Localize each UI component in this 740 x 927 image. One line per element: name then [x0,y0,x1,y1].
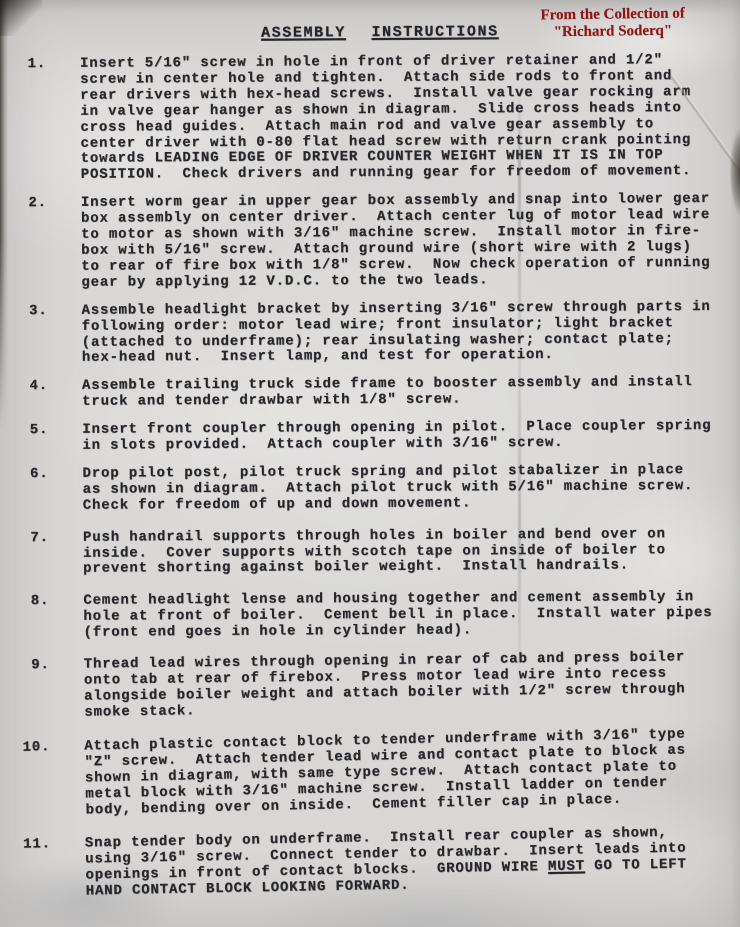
title-word-instructions: INSTRUCTIONS [371,23,498,41]
instruction-list: 1. Insert 5/16" screw in hole in front o… [0,53,740,913]
item-number: 11. [5,837,51,854]
instruction-item-7: 7. Push handrail supports through holes … [3,526,740,578]
photo-dark-right-smudge [730,130,740,214]
instruction-item-10: 10. Attach plastic contact block to tend… [4,726,740,820]
instruction-item-2: 2. Insert worm gear in upper gear box as… [1,192,740,292]
instruction-item-11: 11. Snap tender body on underframe. Inst… [5,825,740,902]
instruction-item-6: 6. Drop pilot post, pilot truck spring a… [2,463,740,515]
photo-dark-left-edge [0,0,10,430]
item-number: 8. [3,594,49,610]
item-text: Attach plastic contact block to tender u… [84,727,687,819]
item-text: Insert front coupler through opening in … [82,419,711,455]
instruction-item-1: 1. Insert 5/16" screw in hole in front o… [0,53,740,185]
item-text: Thread lead wires through opening in rea… [84,650,686,721]
instruction-item-3: 3. Assemble headlight bracket by inserti… [1,299,740,367]
item-text: Cement headlight lense and housing toget… [83,590,712,642]
instruction-item-9: 9. Thread lead wires through opening in … [4,650,740,723]
item-text: Snap tender body on underframe. Install … [85,826,687,901]
item-number: 9. [4,658,50,674]
item-number: 7. [3,531,49,547]
item-number: 10. [4,740,50,757]
instruction-item-8: 8. Cement headlight lense and housing to… [3,590,740,642]
item-number: 6. [2,467,48,483]
title-word-assembly: ASSEMBLY [261,24,346,42]
document-photo: From the Collection of "Richard Soderq" … [0,0,740,927]
item-text: Assemble trailing truck side frame to bo… [82,375,693,411]
document-content: From the Collection of "Richard Soderq" … [0,0,740,927]
item-text: Push handrail supports through holes in … [83,527,666,578]
paper-crease-vertical [518,92,521,692]
item-text: Insert worm gear in upper gear box assem… [81,192,711,291]
item-text: Assemble headlight bracket by inserting … [81,300,710,367]
instruction-item-5: 5. Insert front coupler through opening … [2,419,740,455]
item-text: Insert 5/16" screw in hole in front of d… [80,53,691,184]
instruction-item-4: 4. Assemble trailing truck side frame to… [2,375,740,411]
item-text: Drop pilot post, pilot truck spring and … [82,463,693,514]
